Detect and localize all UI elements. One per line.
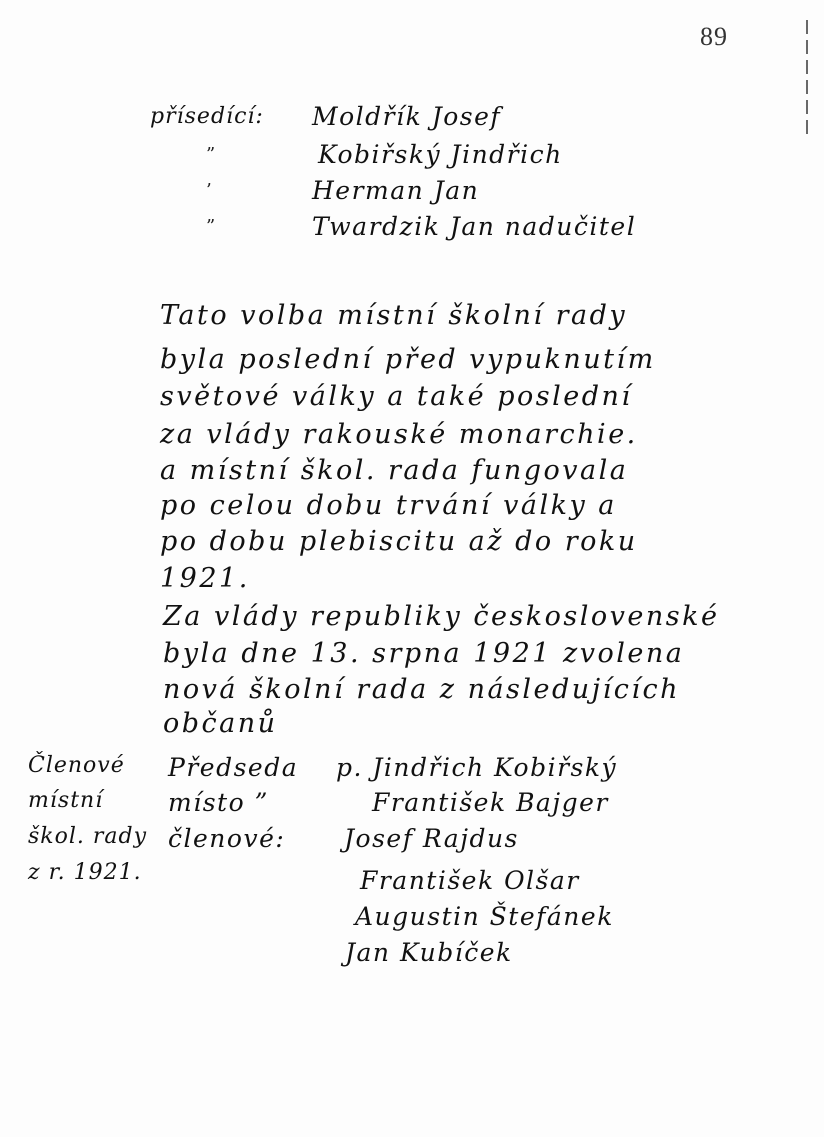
assessors-label: přísedící: <box>150 106 264 128</box>
ditto-mark: ” <box>206 216 215 237</box>
assessor-name: Kobiřský Jindřich <box>318 142 563 167</box>
text-line: a místní škol. rada fungovala <box>160 457 628 484</box>
text-line: světové války a také poslední <box>160 383 633 410</box>
text-line: za vlády rakouské monarchie. <box>160 421 638 448</box>
assessor-name: Herman Jan <box>312 178 479 203</box>
chairman-name: p. Jindřich Kobiřský <box>336 755 617 780</box>
member-name: František Olšar <box>360 868 580 893</box>
ditto-mark: ” <box>206 144 215 165</box>
member-name: Josef Rajdus <box>344 826 519 851</box>
text-line: Za vlády republiky československé <box>163 603 720 630</box>
text-line: 1921. <box>160 565 250 592</box>
vice-chairman-label: místo ” <box>168 790 269 815</box>
binding-edge-line <box>806 20 808 135</box>
member-name: Jan Kubíček <box>345 940 513 965</box>
text-line: nová školní rada z následujících <box>163 676 680 703</box>
text-line: po celou dobu trvání války a <box>160 492 617 519</box>
ditto-mark: ’ <box>206 180 212 201</box>
text-line: Tato volba místní školní rady <box>160 302 627 329</box>
members-label: členové: <box>168 826 285 851</box>
margin-note-line: Členové <box>28 755 125 777</box>
assessor-name: Twardzik Jan nadučitel <box>312 214 636 239</box>
text-line: občanů <box>163 710 278 737</box>
text-line: po dobu plebiscitu až do roku <box>160 528 638 555</box>
margin-note-line: místní <box>28 790 103 812</box>
text-line: byla dne 13. srpna 1921 zvolena <box>163 640 684 667</box>
chairman-label: Předseda <box>168 755 298 780</box>
vice-chairman-name: František Bajger <box>372 790 609 815</box>
text-line: byla poslední před vypuknutím <box>160 346 656 373</box>
margin-note-line: z r. 1921. <box>28 862 142 884</box>
member-name: Augustin Štefánek <box>355 904 614 929</box>
assessor-name: Moldřík Josef <box>312 104 501 129</box>
page-number: 89 <box>700 22 728 52</box>
margin-note-line: škol. rady <box>28 826 147 848</box>
document-page: 89 přísedící: Moldřík Josef ” Kobiřský J… <box>0 0 824 1137</box>
